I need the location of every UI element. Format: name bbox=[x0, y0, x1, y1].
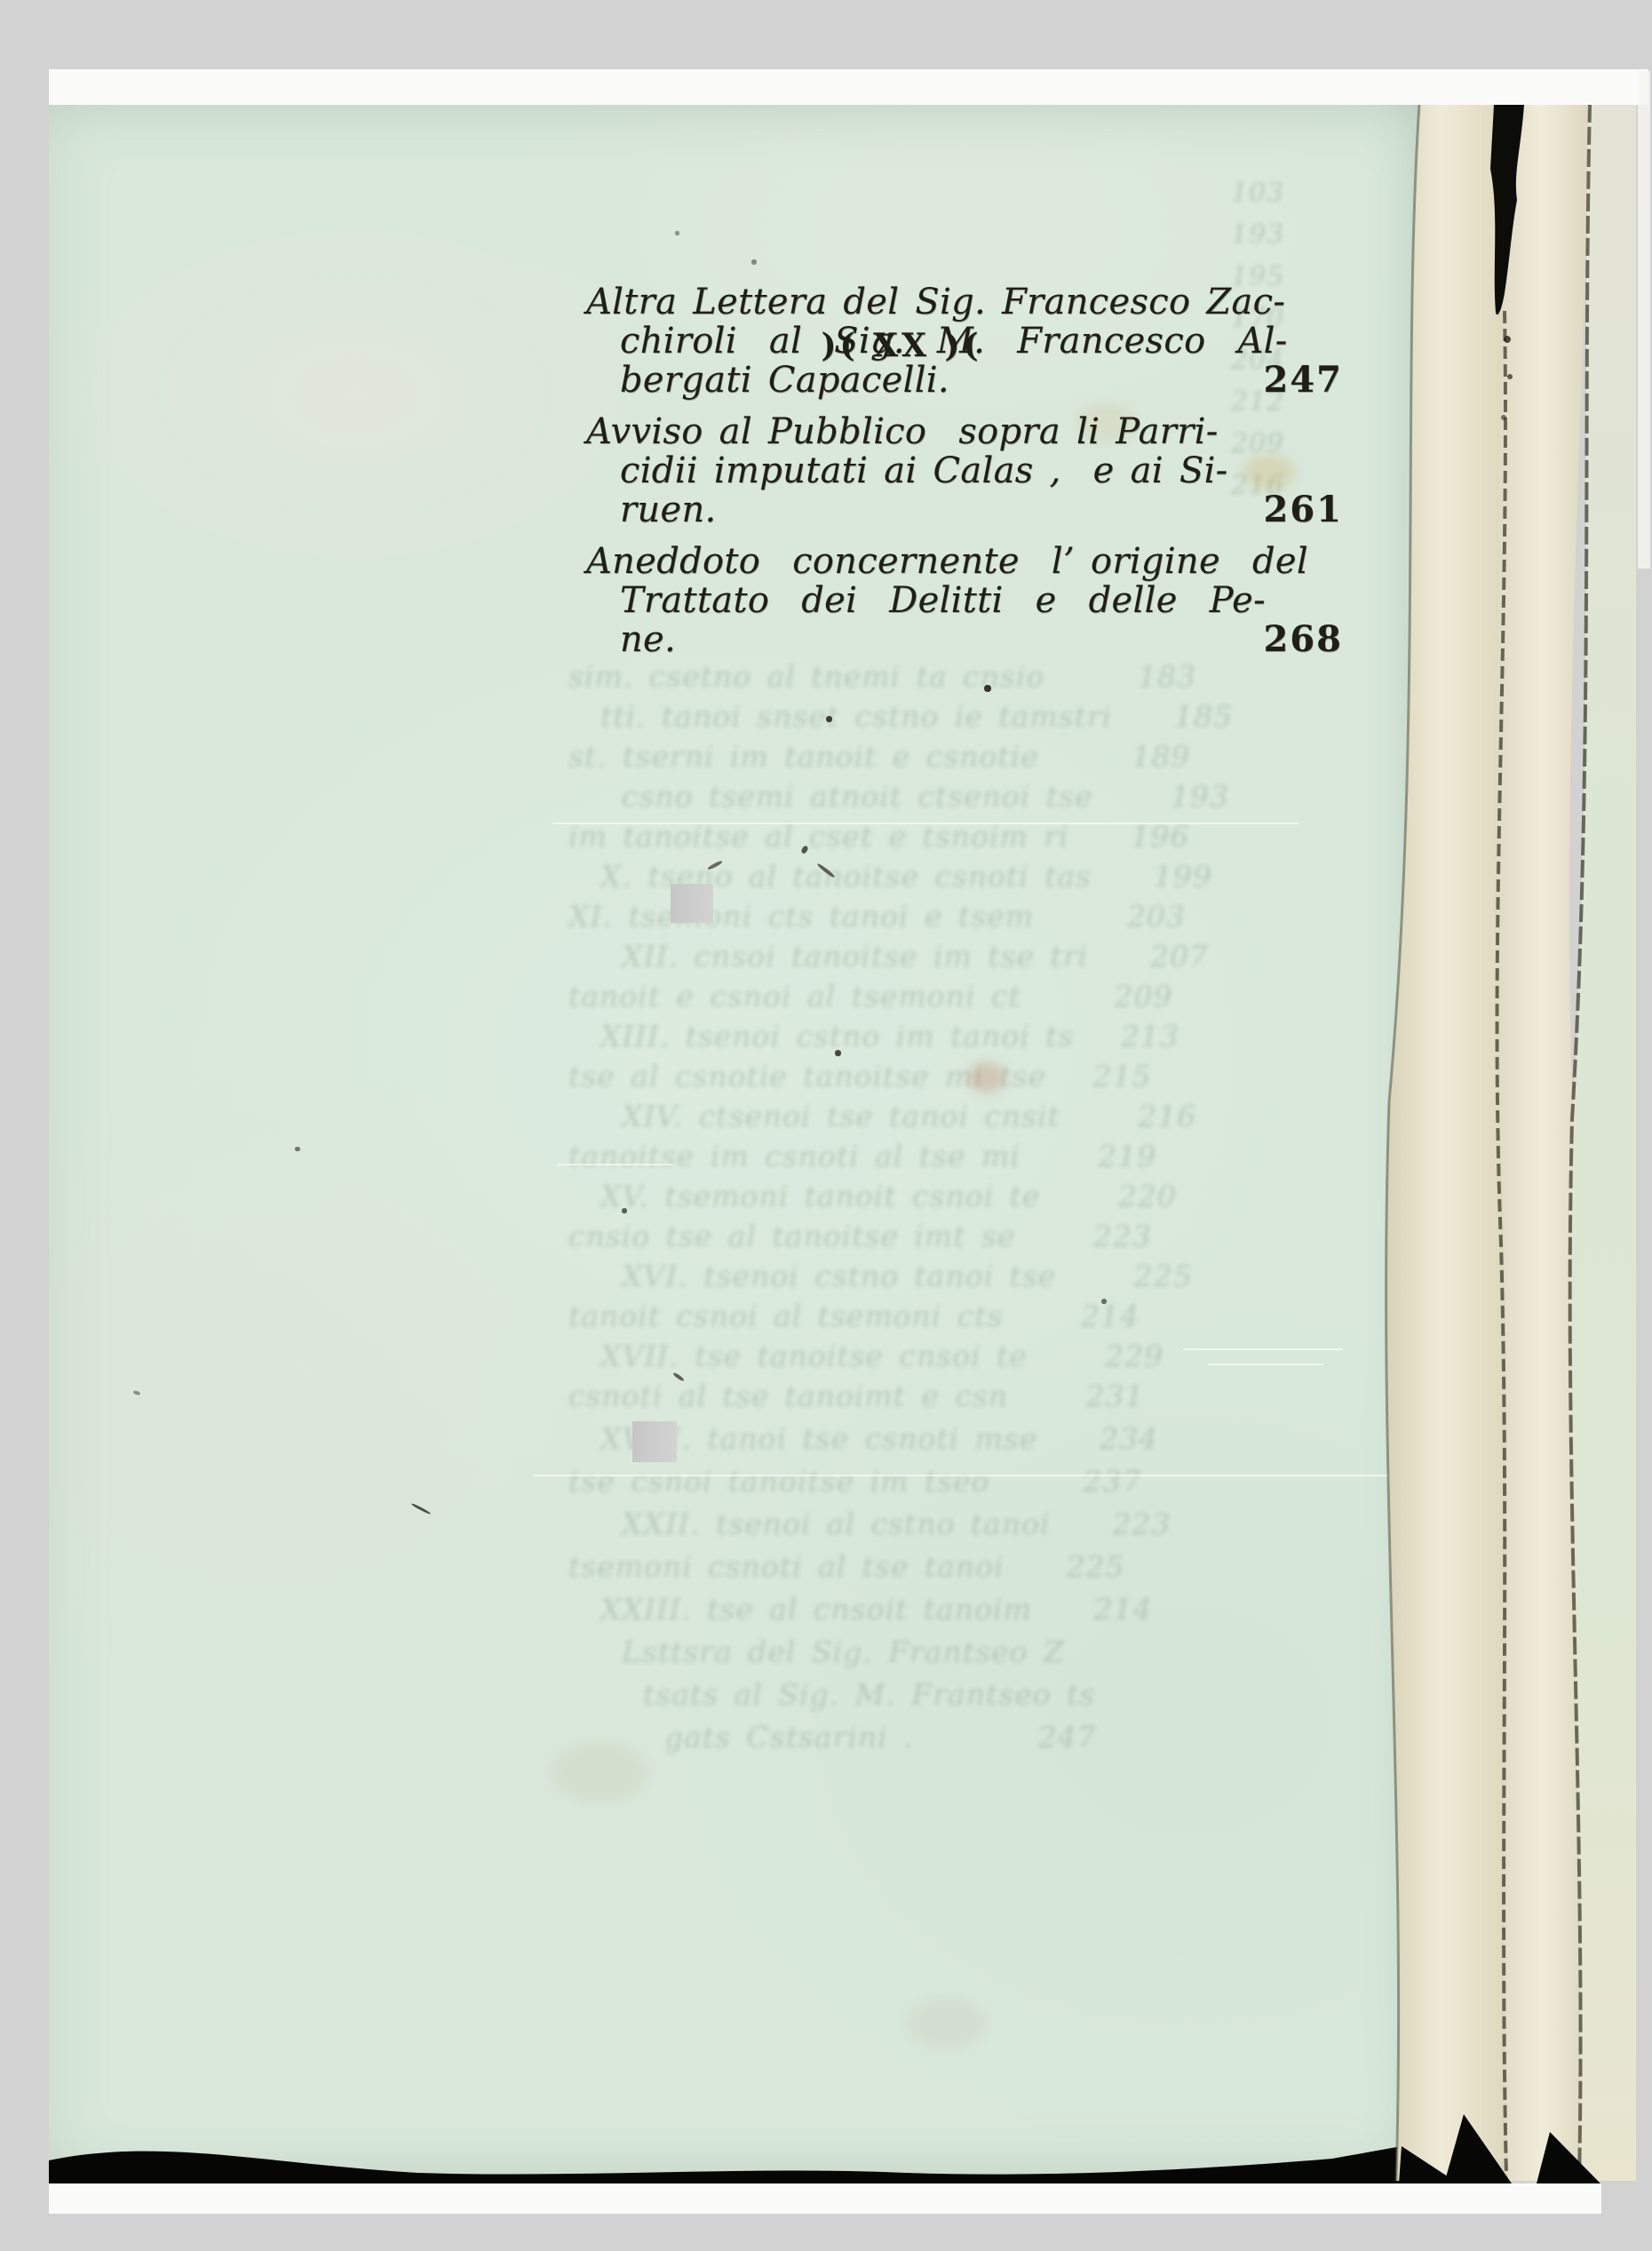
scan-artifact-box bbox=[632, 1421, 677, 1462]
toc-entry-text: cidii imputati ai Calas , e ai Si- bbox=[620, 450, 1227, 491]
scan-streak bbox=[552, 823, 1299, 824]
ink-speck bbox=[675, 231, 679, 235]
toc-page-number: 268 bbox=[1264, 620, 1344, 659]
paper-stain bbox=[968, 1062, 1005, 1093]
ink-speck bbox=[1101, 1299, 1107, 1304]
toc-line: Aneddoto concernente l’ origine del bbox=[586, 542, 1355, 581]
toc-line: Avviso al Pubblico sopra li Parri- bbox=[586, 412, 1355, 451]
ink-speck bbox=[295, 1147, 300, 1151]
ink-speck bbox=[800, 845, 809, 855]
toc-line: bergati Capacelli.247 bbox=[586, 361, 1355, 400]
scan-streak bbox=[533, 1475, 1430, 1476]
ink-speck bbox=[816, 863, 835, 879]
toc-page-number: 261 bbox=[1264, 490, 1344, 529]
ink-speck bbox=[672, 1372, 685, 1381]
ink-speck bbox=[826, 716, 832, 722]
toc-entry-text: chiroli al Sig. M. Francesco Al- bbox=[620, 321, 1288, 362]
toc-entry-text: ruen. bbox=[620, 489, 717, 530]
toc-entry-text: bergati Capacelli. bbox=[620, 360, 949, 401]
scanned-book-page: )( XX )( sim. csetno al tnemi ta cnsio 1… bbox=[0, 0, 1652, 2251]
toc-line: chiroli al Sig. M. Francesco Al- bbox=[586, 322, 1355, 361]
table-of-contents: Altra Lettera del Sig. Francesco Zac-chi… bbox=[586, 282, 1355, 659]
ink-speck bbox=[622, 1208, 627, 1213]
ink-speck bbox=[751, 259, 757, 265]
toc-entry-text: ne. bbox=[620, 619, 676, 660]
toc-entry-text: Aneddoto concernente l’ origine del bbox=[586, 541, 1308, 582]
ink-speck bbox=[133, 1390, 141, 1396]
toc-line: Altra Lettera del Sig. Francesco Zac- bbox=[586, 282, 1355, 322]
ink-speck bbox=[984, 685, 991, 692]
toc-entry-text: Avviso al Pubblico sopra li Parri- bbox=[586, 411, 1219, 452]
toc-line: ne.268 bbox=[586, 620, 1355, 659]
ink-speck bbox=[707, 860, 723, 871]
toc-line: cidii imputati ai Calas , e ai Si- bbox=[586, 451, 1355, 490]
scan-artifact-box bbox=[671, 884, 713, 923]
toc-line: ruen.261 bbox=[586, 490, 1355, 529]
scan-streak bbox=[1183, 1348, 1343, 1350]
scan-streak bbox=[558, 1164, 673, 1165]
ink-speck bbox=[835, 1050, 841, 1056]
ink-speck bbox=[411, 1503, 432, 1515]
toc-page-number: 247 bbox=[1264, 361, 1344, 400]
toc-entry-text: Trattato dei Delitti e delle Pe- bbox=[620, 580, 1266, 621]
paper-stain bbox=[551, 1741, 648, 1803]
scan-streak bbox=[1208, 1364, 1323, 1365]
toc-entry-text: Altra Lettera del Sig. Francesco Zac- bbox=[586, 282, 1285, 322]
paper-stain bbox=[906, 1999, 986, 2048]
toc-line: Trattato dei Delitti e delle Pe- bbox=[586, 581, 1355, 620]
